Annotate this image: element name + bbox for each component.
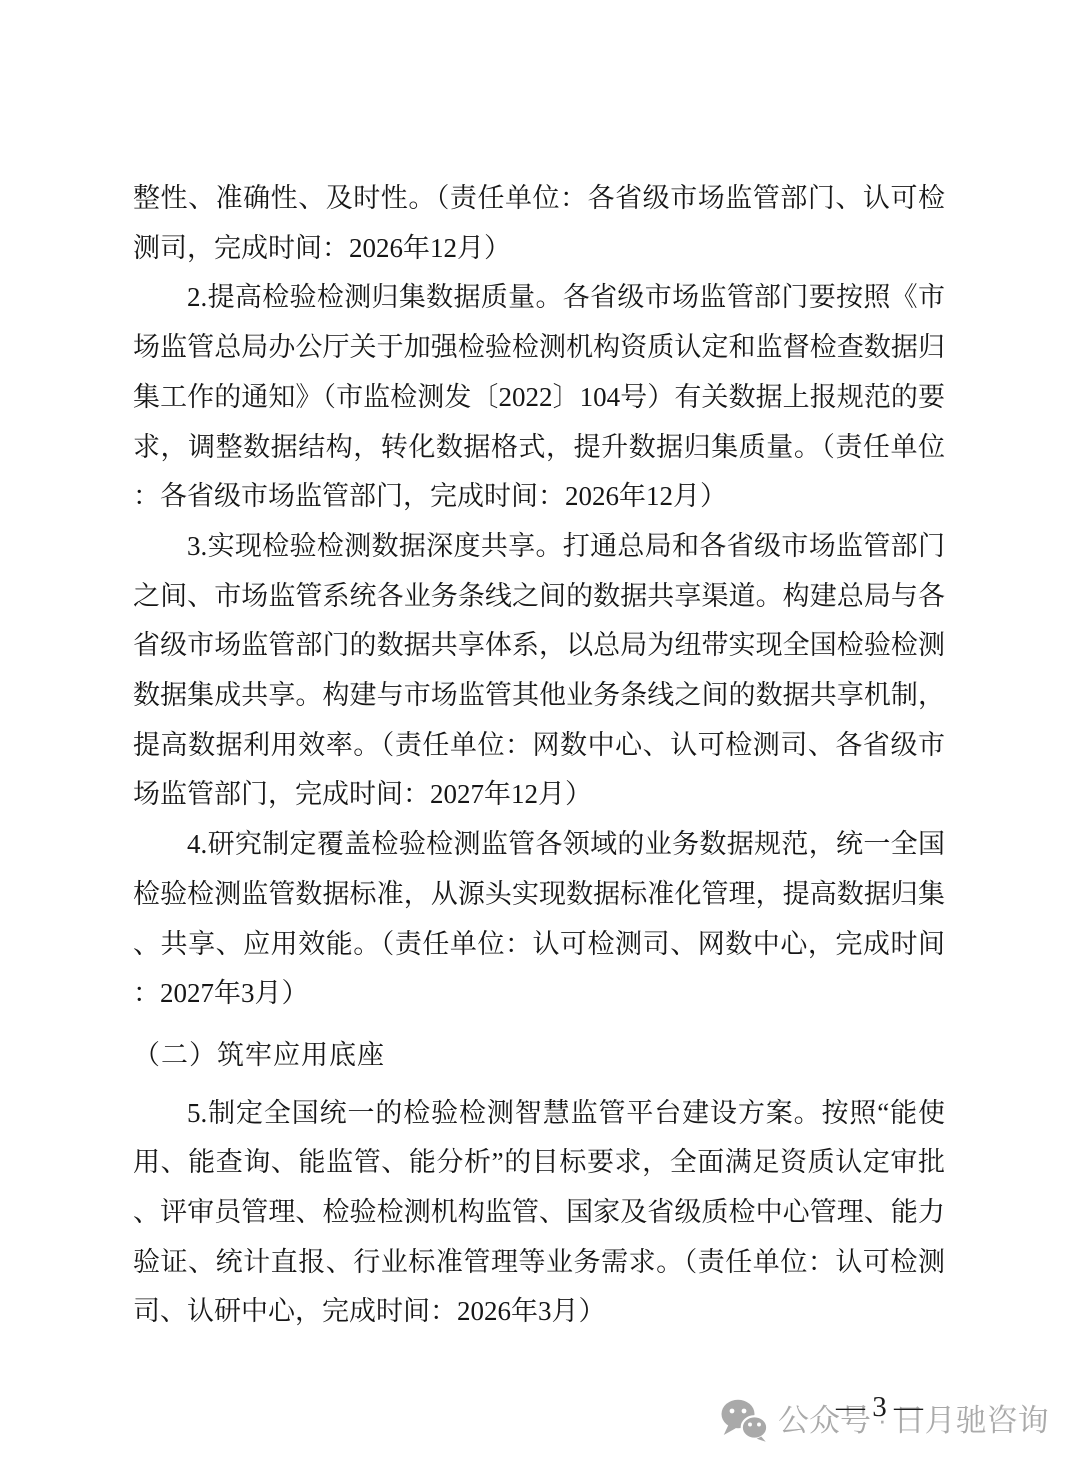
paragraph-item-5: 5.制定全国统一的检验检测智慧监管平台建设方案。按照“能使用、能查询、能监管、能… (133, 1089, 945, 1338)
paragraph-item-2: 2.提高检验检测归集数据质量。各省级市场监管部门要按照《市场监管总局办公厅关于加… (133, 273, 945, 522)
page-number: — 3 — (836, 1390, 923, 1424)
paragraph-continuation: 整性、准确性、及时性。（责任单位：各省级市场监管部门、认可检测司，完成时间：20… (133, 174, 945, 273)
paragraph-item-3: 3.实现检验检测数据深度共享。打通总局和各省级市场监管部门之间、市场监管系统各业… (133, 522, 945, 820)
section-heading: （二）筑牢应用底座 (133, 1031, 945, 1081)
paragraph-item-4: 4.研究制定覆盖检验检测监管各领域的业务数据规范，统一全国检验检测监管数据标准，… (133, 820, 945, 1019)
document-body: 整性、准确性、及时性。（责任单位：各省级市场监管部门、认可检测司，完成时间：20… (133, 174, 945, 1337)
document-page: 整性、准确性、及时性。（责任单位：各省级市场监管部门、认可检测司，完成时间：20… (0, 0, 1080, 1464)
wechat-icon (720, 1398, 768, 1442)
